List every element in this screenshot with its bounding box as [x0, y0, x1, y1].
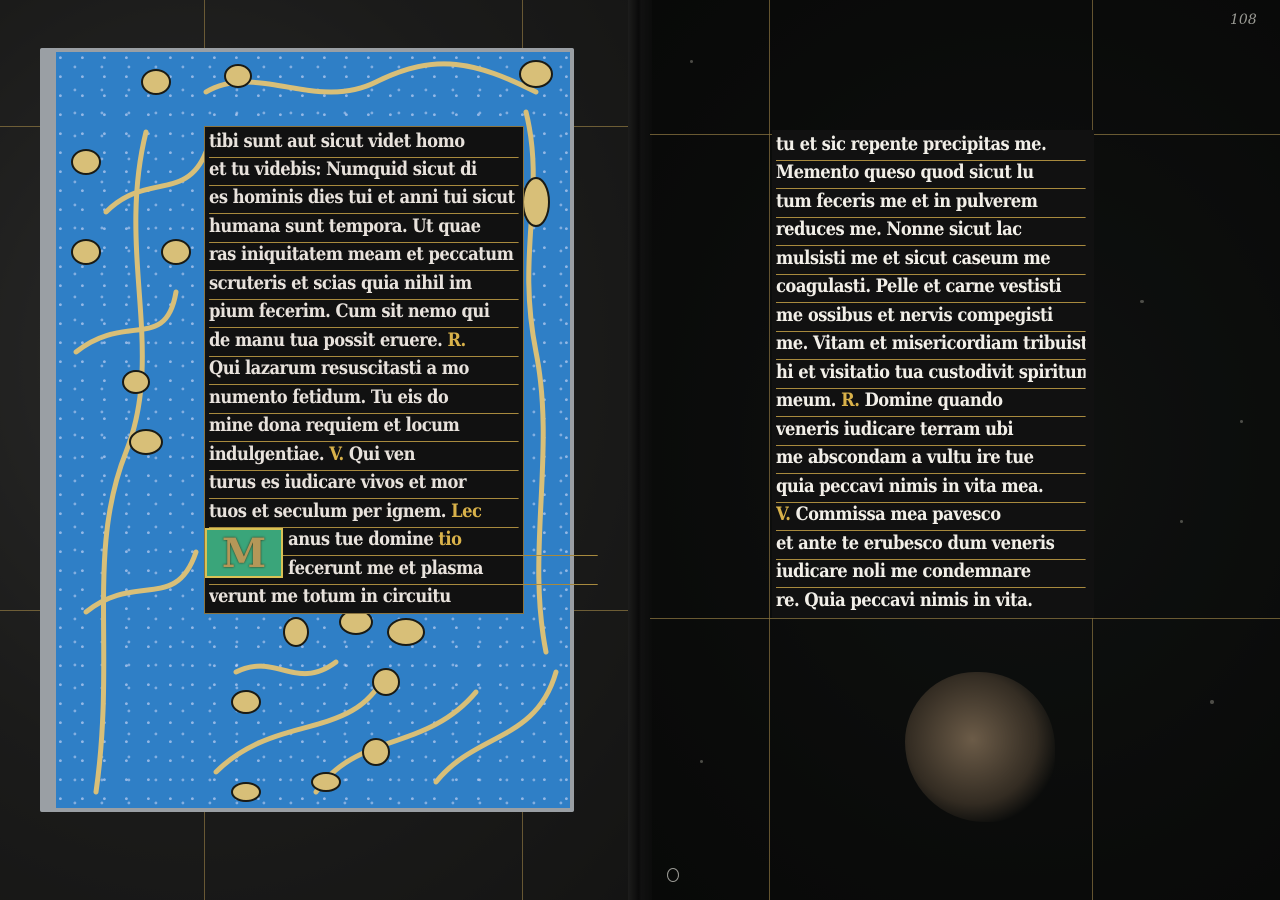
text-line: me. Vitam et misericordiam tribuisti mi	[776, 329, 1086, 360]
line-text: ras iniquitatem meam et peccatum meum	[209, 243, 519, 265]
line-text: Commissa mea pavesco	[796, 503, 1001, 525]
line-text: veneris iudicare terram ubi	[776, 418, 1013, 440]
line-text: me. Vitam et misericordiam tribuisti mi	[776, 332, 1086, 354]
line-text: scruteris et scias quia nihil im	[209, 272, 472, 294]
line-text: tuos et seculum per ignem.	[209, 500, 446, 522]
line-text: de manu tua possit eruere.	[209, 329, 442, 351]
text-line: hi et visitatio tua custodivit spiritum	[776, 358, 1086, 389]
speck	[1210, 700, 1214, 704]
text-line: pium fecerim. Cum sit nemo qui	[209, 297, 519, 328]
text-line: iudicare noli me condemnare	[776, 557, 1086, 588]
line-text: humana sunt tempora. Ut quae	[209, 215, 480, 237]
line-text: Qui lazarum resuscitasti a mo	[209, 357, 469, 379]
line-text: tu et sic repente precipitas me.	[776, 133, 1046, 155]
speck	[1180, 520, 1183, 523]
line-text: hi et visitatio tua custodivit spiritum	[776, 361, 1086, 383]
initial-letter: M	[222, 530, 266, 577]
speck	[700, 760, 703, 763]
ruling-line	[650, 618, 1280, 619]
line-text: me abscondam a vultu ire tue	[776, 446, 1034, 468]
book-gutter	[628, 0, 652, 900]
line-text: verunt me totum in circuitu	[209, 585, 451, 607]
ruling-line	[574, 126, 628, 127]
rubric-versicle: V.	[776, 503, 790, 525]
text-line: indulgentiae. V. Qui ven	[209, 440, 519, 471]
ruling-line	[522, 812, 523, 900]
text-line: coagulasti. Pelle et carne vestisti	[776, 272, 1086, 303]
text-line: veneris iudicare terram ubi	[776, 415, 1086, 446]
ruling-line	[204, 0, 205, 48]
text-line: tu et sic repente precipitas me.	[776, 130, 1086, 161]
text-line: et tu videbis: Numquid sicut di	[209, 155, 519, 186]
ruling-line	[574, 610, 628, 611]
line-text: me ossibus et nervis compegisti	[776, 304, 1053, 326]
line-text: es hominis dies tui et anni tui sicut	[209, 186, 515, 208]
speck	[1140, 300, 1144, 303]
text-line: mine dona requiem et locum	[209, 411, 519, 442]
text-line: scruteris et scias quia nihil im	[209, 269, 519, 300]
line-text: Memento queso quod sicut lu	[776, 161, 1034, 183]
text-line: et ante te erubesco dum veneris	[776, 529, 1086, 560]
text-line: Qui lazarum resuscitasti a mo	[209, 354, 519, 385]
text-line: quia peccavi nimis in vita mea.	[776, 472, 1086, 503]
line-text: meum.	[776, 389, 836, 411]
text-line: re. Quia peccavi nimis in vita.	[776, 586, 1086, 616]
text-line: numento fetidum. Tu eis do	[209, 383, 519, 414]
illuminated-initial: M	[205, 528, 283, 578]
text-line: me abscondam a vultu ire tue	[776, 443, 1086, 474]
right-text-block: tu et sic repente precipitas me. Memento…	[772, 130, 1094, 618]
text-line: ras iniquitatem meam et peccatum meum	[209, 240, 519, 271]
line-text: quia peccavi nimis in vita mea.	[776, 475, 1043, 497]
line-text: anus tue domine	[288, 528, 433, 550]
ruling-line	[769, 0, 770, 900]
text-line: tibi sunt aut sicut videt homo	[209, 127, 519, 158]
rubric-lectio: tio	[438, 528, 461, 550]
text-line: es hominis dies tui et anni tui sicut	[209, 183, 519, 214]
ruling-line	[204, 812, 205, 900]
line-text: coagulasti. Pelle et carne vestisti	[776, 275, 1061, 297]
line-text: Domine quando	[865, 389, 1003, 411]
text-line: de manu tua possit eruere. R.	[209, 326, 519, 357]
speck	[1240, 420, 1243, 423]
line-text: reduces me. Nonne sicut lac	[776, 218, 1022, 240]
line-text: mine dona requiem et locum	[209, 414, 459, 436]
line-text: re. Quia peccavi nimis in vita.	[776, 589, 1032, 611]
line-text: tum feceris me et in pulverem	[776, 190, 1037, 212]
line-text: mulsisti me et sicut caseum me	[776, 247, 1050, 269]
line-text: et ante te erubesco dum veneris	[776, 532, 1054, 554]
speck	[690, 60, 693, 63]
text-line: meum. R. Domine quando	[776, 386, 1086, 417]
ruling-line	[522, 0, 523, 48]
rubric-responsory: R.	[447, 329, 465, 351]
line-text: indulgentiae.	[209, 443, 324, 465]
rubric-versicle: V.	[329, 443, 343, 465]
line-text: numento fetidum. Tu eis do	[209, 386, 448, 408]
text-line: mulsisti me et sicut caseum me	[776, 244, 1086, 275]
ruling-line	[0, 610, 40, 611]
text-line: tuos et seculum per ignem. Lec	[209, 497, 519, 528]
text-line: humana sunt tempora. Ut quae	[209, 212, 519, 243]
text-line: verunt me totum in circuitu	[209, 582, 519, 612]
text-line: turus es iudicare vivos et mor	[209, 468, 519, 499]
text-line: Memento queso quod sicut lu	[776, 158, 1086, 189]
line-text: tibi sunt aut sicut videt homo	[209, 130, 465, 152]
line-text: pium fecerim. Cum sit nemo qui	[209, 300, 489, 322]
line-text: turus es iudicare vivos et mor	[209, 471, 466, 493]
margin-mark	[667, 868, 679, 882]
line-text: fecerunt me et plasma	[288, 557, 483, 579]
rubric-responsory: R.	[841, 389, 859, 411]
line-text: Qui ven	[349, 443, 415, 465]
folio-number: 108	[1230, 12, 1257, 28]
line-text: et tu videbis: Numquid sicut di	[209, 158, 477, 180]
rubric-lectio: Lec	[451, 500, 481, 522]
text-line: V. Commissa mea pavesco	[776, 500, 1086, 531]
ruling-line	[0, 126, 40, 127]
text-line: me ossibus et nervis compegisti	[776, 301, 1086, 332]
text-line: reduces me. Nonne sicut lac	[776, 215, 1086, 246]
text-line: tum feceris me et in pulverem	[776, 187, 1086, 218]
line-text: iudicare noli me condemnare	[776, 560, 1031, 582]
